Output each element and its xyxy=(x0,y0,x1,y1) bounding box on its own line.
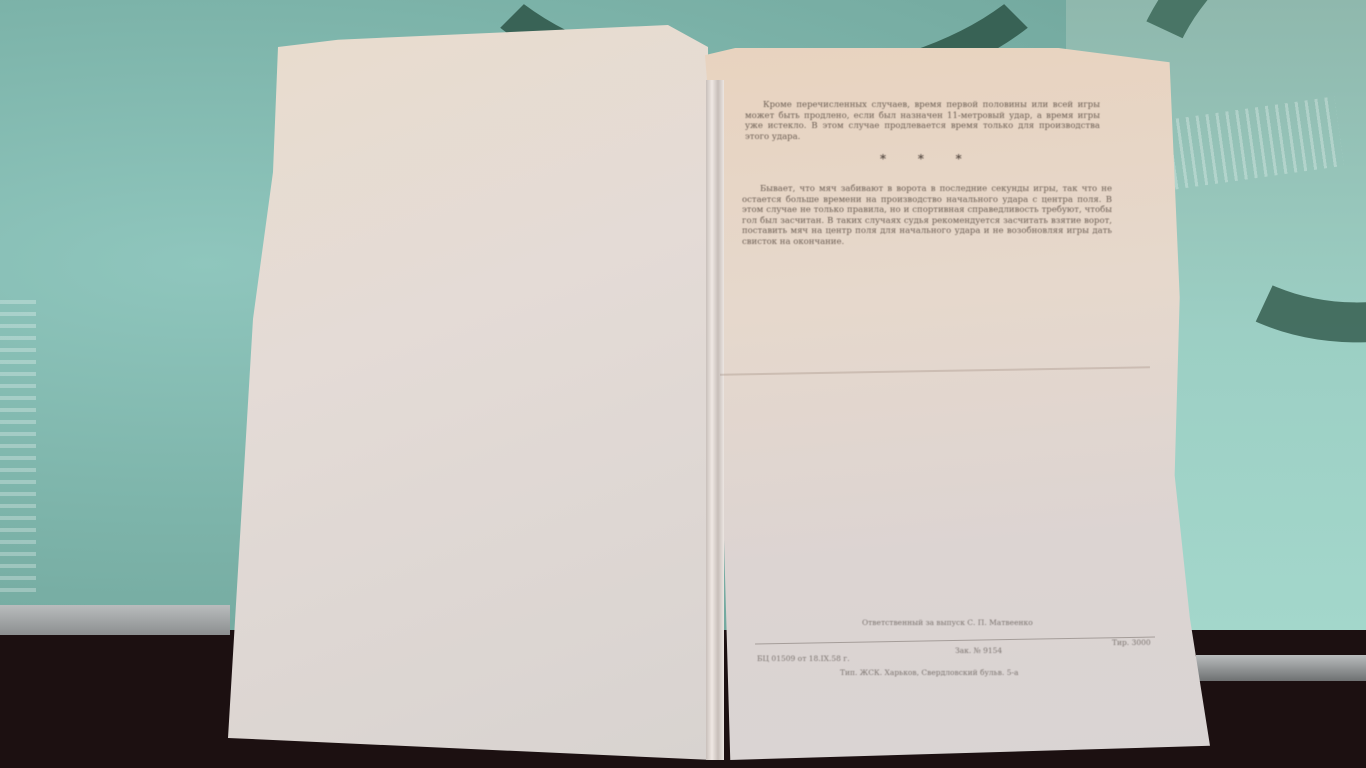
table-edge xyxy=(0,605,230,635)
book-spine xyxy=(706,80,724,760)
imprint-responsible: Ответственный за выпуск С. П. Матвеенко xyxy=(862,618,1033,627)
left-page xyxy=(218,25,718,760)
paragraph-2: Бывает, что мяч забивают в ворота в посл… xyxy=(742,184,1112,247)
imprint-order-line: БЦ 01509 от 18.IX.58 г. xyxy=(757,654,850,663)
paragraph-1: Кроме перечисленных случаев, время перво… xyxy=(745,100,1100,142)
tablecloth-stripe xyxy=(0,300,36,600)
imprint-order-number: Зак. № 9154 xyxy=(955,646,1002,655)
imprint-printer: Тип. ЖСК. Харьков, Свердловский бульв. 5… xyxy=(840,668,1019,677)
imprint-print-run: Тир. 3000 xyxy=(1112,638,1151,647)
separator: * * * xyxy=(880,152,976,166)
table-edge-right xyxy=(1196,655,1366,681)
